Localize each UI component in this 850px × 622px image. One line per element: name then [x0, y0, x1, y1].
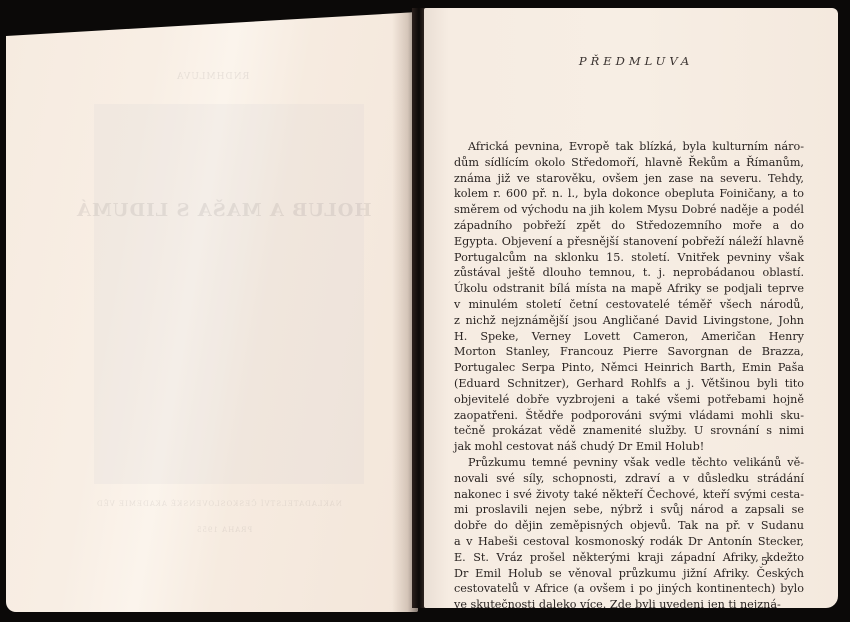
show-through-publisher: NAKLADATELSTVÍ ČESKOSLOVENSKÉ AKADEMIE V…	[96, 500, 342, 508]
text-line: H. Speke, Verney Lovett Cameron, Američa…	[454, 329, 804, 345]
text-line: jak mohl cestovat náš chudý Dr Emil Holu…	[454, 439, 804, 455]
text-line: Průzkumu temné pevniny však vedle těchto…	[454, 455, 804, 471]
text-line: (Eduard Schnitzer), Gerhard Rohlfs a j. …	[454, 376, 804, 392]
show-through-title: HOLUB A MAŠA S LIDUMÁ	[76, 200, 371, 221]
text-line: ve skutečnosti daleko více. Zde byli uve…	[454, 597, 804, 608]
text-line: z nichž nejznámější jsou Angličané David…	[454, 313, 804, 329]
body-text: Africká pevnina, Evropě tak blízká, byla…	[454, 139, 804, 608]
page-number: 5	[761, 555, 768, 568]
text-line: Úkolu odstranit bílá místa na mapě Afrik…	[454, 281, 804, 297]
show-through-frontispiece	[94, 104, 364, 484]
text-line: Portugalec Serpa Pinto, Němci Heinrich B…	[454, 360, 804, 376]
text-line: Africká pevnina, Evropě tak blízká, byla…	[454, 139, 804, 155]
text-line: tečně prokázat vědě znamenité služby. U …	[454, 423, 804, 439]
text-line: kolem r. 600 př. n. l., byla dokonce obe…	[454, 186, 804, 202]
page-heading: PŘEDMLUVA	[424, 54, 838, 68]
text-line: směrem od východu na jih kolem Mysu Dobr…	[454, 202, 804, 218]
text-line: Dr Emil Holub se věnoval průzkumu jižní …	[454, 566, 804, 582]
text-line: nakonec i své životy také někteří Čechov…	[454, 487, 804, 503]
text-line: Portugalcům na sklonku 15. století. Vnit…	[454, 250, 804, 266]
text-line: zůstával ještě dlouho temnou, t. j. nepr…	[454, 265, 804, 281]
text-line: Morton Stanley, Francouz Pierre Savorgna…	[454, 344, 804, 360]
text-line: E. St. Vráz prošel některými kraji západ…	[454, 550, 804, 566]
text-line: novali své síly, schopnosti, zdraví a v …	[454, 471, 804, 487]
text-line: západního pobřeží zpět do Středozemního …	[454, 218, 804, 234]
text-line: cestovatelů v Africe (a ovšem i po jinýc…	[454, 581, 804, 597]
right-page: PŘEDMLUVA Africká pevnina, Evropě tak bl…	[424, 8, 838, 608]
text-line: a v Habeši cestoval kosmonoský rodák Dr …	[454, 534, 804, 550]
show-through-city: PRAHA 1955	[196, 526, 252, 534]
text-line: v minulém století četní cestovatelé témě…	[454, 297, 804, 313]
text-line: dům sídlícím okolo Středomoří, hlavně Ře…	[454, 155, 804, 171]
text-line: Egypta. Objevení a přesnější stanovení p…	[454, 234, 804, 250]
text-line: objevitelé dobře vyzbrojeni a také všemi…	[454, 392, 804, 408]
text-line: zaopatřeni. Štědře podporováni svými vlá…	[454, 408, 804, 424]
show-through-header: RNDHMLUVA	[176, 72, 249, 82]
text-line: dobře do dějin zeměpisných objevů. Tak n…	[454, 518, 804, 534]
text-line: mi proslavili nejen sebe, nýbrž i svůj n…	[454, 502, 804, 518]
text-line: známa již ve starověku, ovšem jen zase n…	[454, 171, 804, 187]
left-page: RNDHMLUVA HOLUB A MAŠA S LIDUMÁ NAKLADAT…	[6, 12, 418, 612]
